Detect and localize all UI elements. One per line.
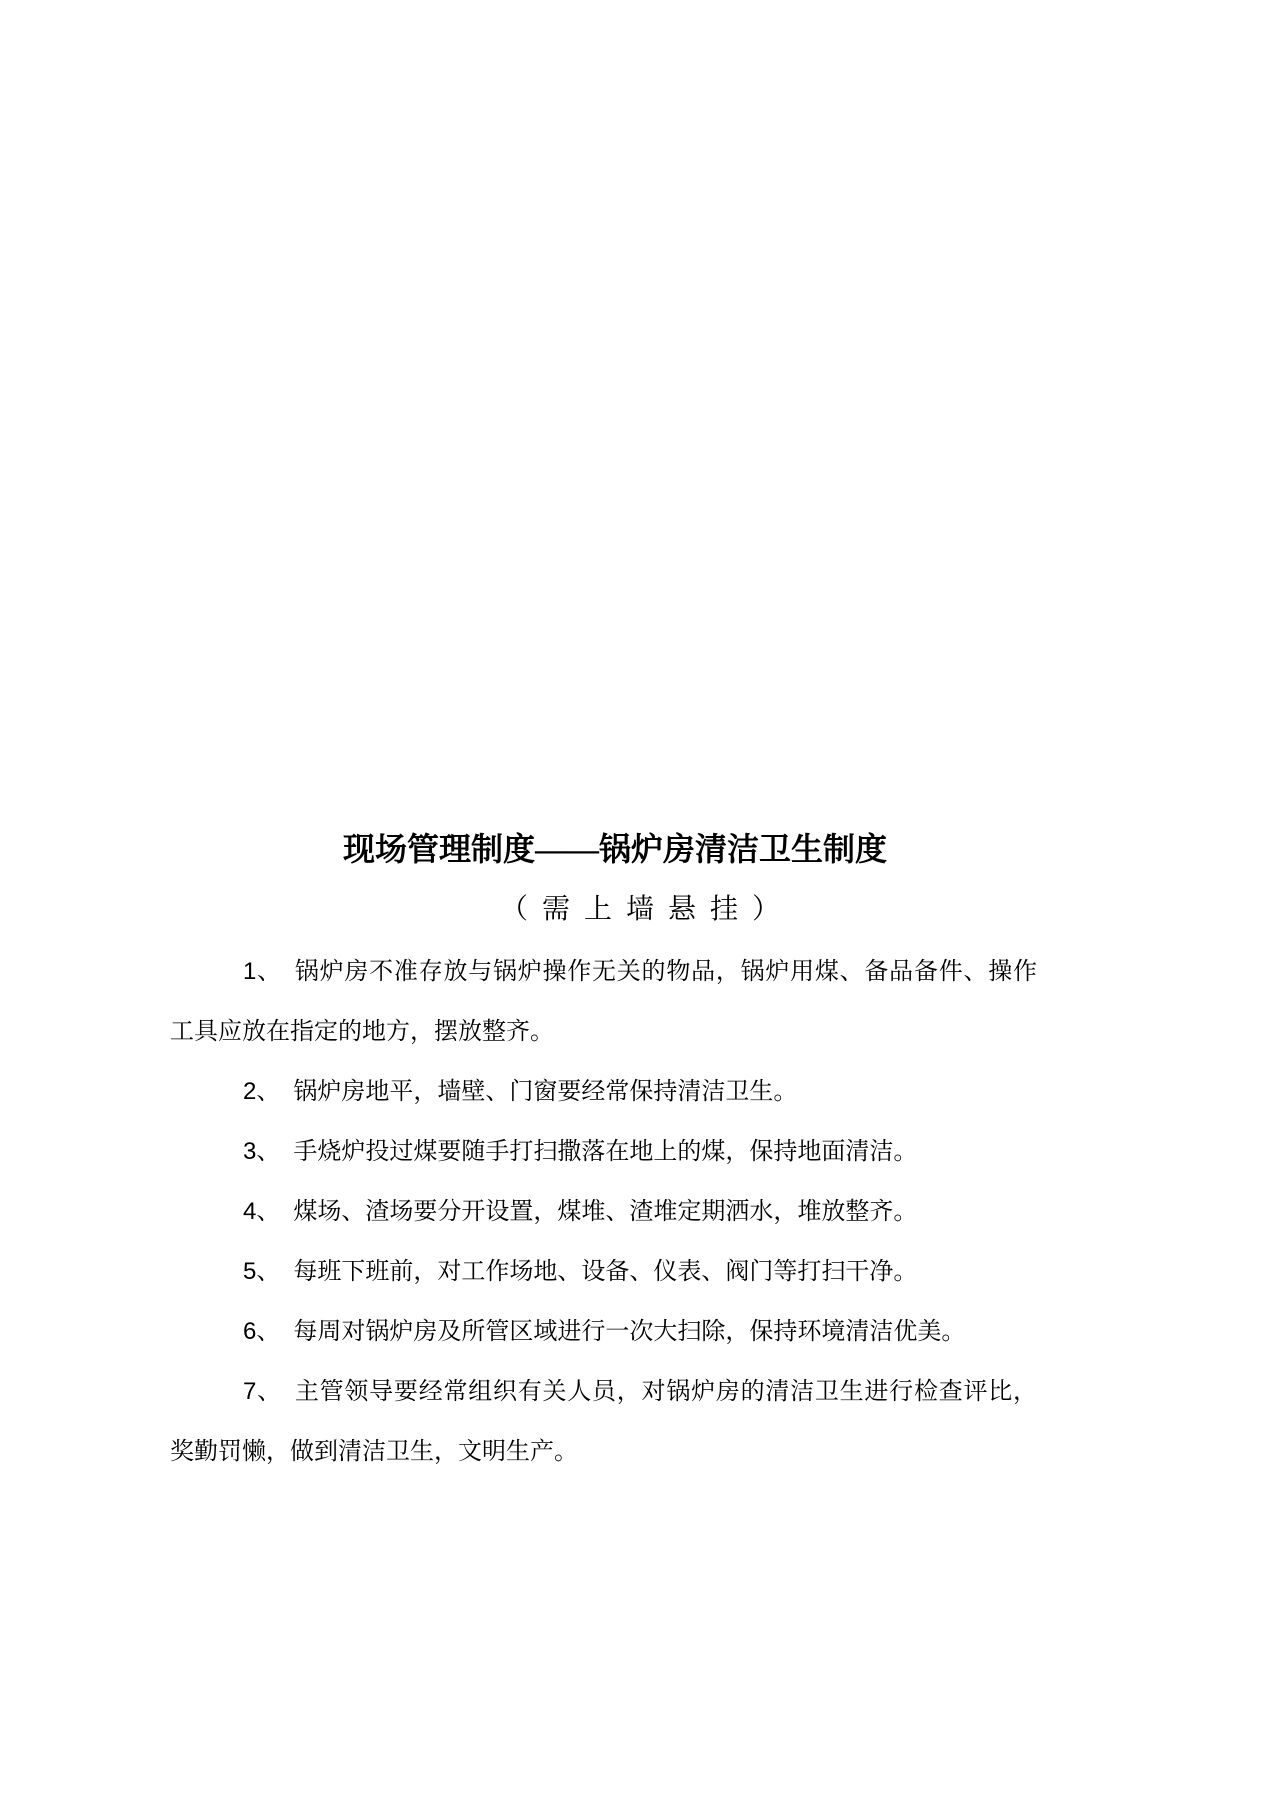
list-item: 1、锅炉房不准存放与锅炉操作无关的物品，锅炉用煤、备品备件、操作工具应放在指定的… — [170, 942, 1037, 1062]
item-number: 1、 — [243, 958, 282, 985]
item-text: 煤场、渣场要分开设置，煤堆、渣堆定期洒水，堆放整齐。 — [293, 1199, 917, 1225]
item-number: 5、 — [243, 1258, 280, 1285]
item-text: 锅炉房不准存放与锅炉操作无关的物品，锅炉用煤、备品备件、操作工具应放在指定的地方… — [170, 959, 1037, 1045]
item-text: 每班下班前，对工作场地、设备、仪表、阀门等打扫干净。 — [293, 1259, 917, 1285]
list-item: 7、主管领导要经常组织有关人员，对锅炉房的清洁卫生进行检查评比，奖勤罚懒，做到清… — [170, 1362, 1037, 1482]
list-item: 5、每班下班前，对工作场地、设备、仪表、阀门等打扫干净。 — [170, 1242, 1037, 1302]
list-item: 6、每周对锅炉房及所管区域进行一次大扫除，保持环境清洁优美。 — [170, 1302, 1037, 1362]
document-subtitle: （需上墙悬挂） — [500, 893, 794, 927]
list-item: 4、煤场、渣场要分开设置，煤堆、渣堆定期洒水，堆放整齐。 — [170, 1182, 1037, 1242]
item-number: 3、 — [243, 1138, 280, 1165]
item-number: 2、 — [243, 1078, 280, 1105]
item-number: 7、 — [243, 1378, 282, 1405]
item-text: 每周对锅炉房及所管区域进行一次大扫除，保持环境清洁优美。 — [293, 1319, 965, 1345]
item-text: 主管领导要经常组织有关人员，对锅炉房的清洁卫生进行检查评比，奖勤罚懒，做到清洁卫… — [170, 1379, 1037, 1465]
item-text: 锅炉房地平，墙壁、门窗要经常保持清洁卫生。 — [293, 1079, 797, 1105]
list-item: 2、锅炉房地平，墙壁、门窗要经常保持清洁卫生。 — [170, 1062, 1037, 1122]
document-title: 现场管理制度——锅炉房清洁卫生制度 — [343, 831, 887, 867]
document-page: 现场管理制度——锅炉房清洁卫生制度 （需上墙悬挂） 1、锅炉房不准存放与锅炉操作… — [0, 0, 1275, 1804]
list-item: 3、手烧炉投过煤要随手打扫撒落在地上的煤，保持地面清洁。 — [170, 1122, 1037, 1182]
item-number: 6、 — [243, 1318, 280, 1345]
item-number: 4、 — [243, 1198, 280, 1225]
item-text: 手烧炉投过煤要随手打扫撒落在地上的煤，保持地面清洁。 — [293, 1139, 917, 1165]
rules-list: 1、锅炉房不准存放与锅炉操作无关的物品，锅炉用煤、备品备件、操作工具应放在指定的… — [170, 942, 1037, 1482]
